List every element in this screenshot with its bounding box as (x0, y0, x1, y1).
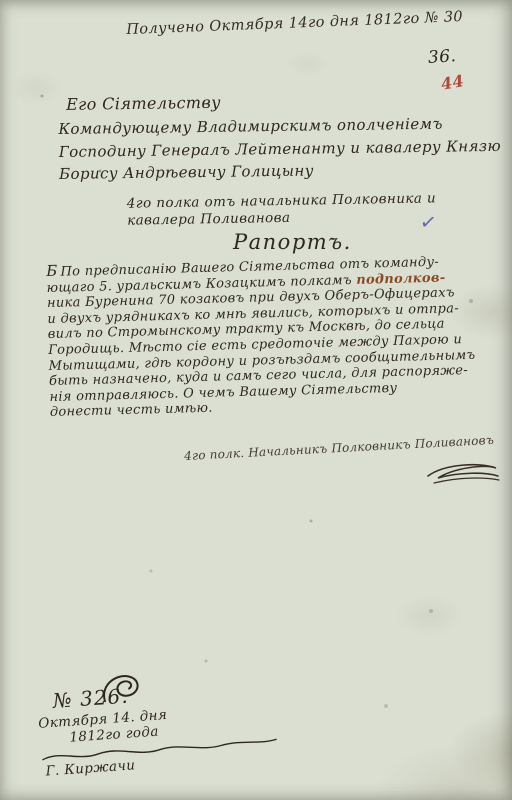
docket-block: № 326. Октября 14. дня 1812го года Г. Ки… (36, 673, 280, 779)
registration-line: Получено Октября 14го дня 1812го № 30 (126, 9, 463, 38)
recipient-line: Его Сіятельству (66, 89, 500, 114)
sender-block: 4го полка отъ начальника Полковника и ка… (127, 190, 437, 229)
report-title: Рапортъ. (233, 230, 352, 254)
recipient-address: Его Сіятельству Командующему Владимирски… (58, 89, 501, 186)
check-mark-annotation: ✓ (418, 209, 438, 235)
paper-specks (0, 0, 2, 2)
folio-number: 36. (427, 46, 457, 68)
report-body: БПо предписанію Вашего Сіятельства отъ к… (46, 252, 500, 421)
docket-paraph-flourish (97, 669, 145, 706)
paragraph-opening-mark: Б (46, 262, 58, 280)
signature-flourish (424, 450, 502, 490)
manuscript-page: Получено Октября 14го дня 1812го № 30 36… (0, 0, 512, 800)
recipient-line: Борису Андрѣевичу Голицыну (59, 157, 502, 186)
body-text-corrected-word: подполков- (356, 270, 446, 287)
